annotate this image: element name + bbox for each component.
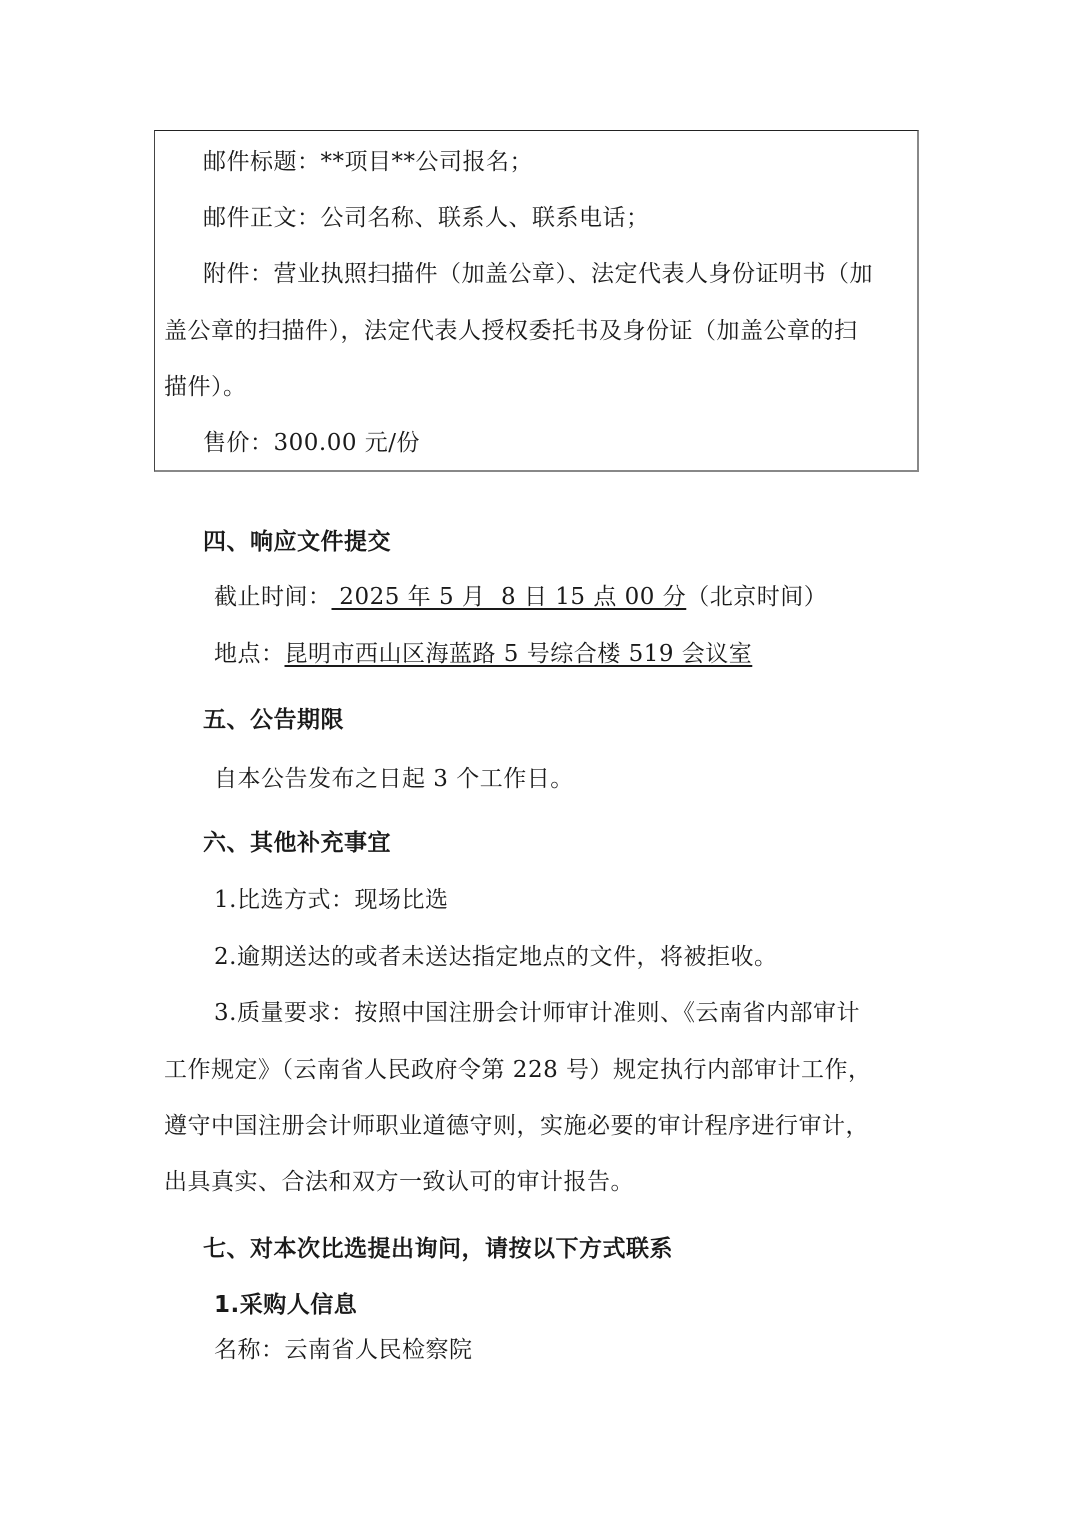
price-line: 售价：300.00 元/份 [203, 428, 420, 458]
section-6-item-3-line-4: 出具真实、合法和双方一致认可的审计报告。 [164, 1167, 634, 1197]
deadline-line: 截止时间： 2025 年 5 月 8 日 15 点 00 分（北京时间） [214, 582, 827, 612]
section-6-item-3-line-3: 遵守中国注册会计师职业道德守则，实施必要的审计程序进行审计， [164, 1111, 869, 1141]
attachment-line-3: 描件）。 [164, 372, 247, 402]
location-value: 昆明市西山区海蓝路 5 号综合楼 519 会议室 [285, 641, 753, 667]
purchaser-name-line: 名称：云南省人民检察院 [214, 1335, 473, 1365]
section-6-item-3-line-1: 3.质量要求：按照中国注册会计师审计准则、《云南省内部审计 [214, 998, 860, 1028]
section-7-heading: 七、对本次比选提出询问，请按以下方式联系 [203, 1234, 673, 1264]
deadline-label: 截止时间： [214, 584, 332, 610]
section-4-heading: 四、响应文件提交 [203, 527, 391, 557]
email-subject-line: 邮件标题：**项目**公司报名； [203, 147, 533, 177]
section-5-heading: 五、公告期限 [203, 705, 344, 735]
section-6-heading: 六、其他补充事宜 [203, 828, 391, 858]
location-label: 地点： [214, 641, 285, 667]
section-6-item-2: 2.逾期送达的或者未送达指定地点的文件，将被拒收。 [214, 942, 777, 972]
attachment-line-2: 盖公章的扫描件），法定代表人授权委托书及身份证（加盖公章的扫 [164, 316, 858, 346]
deadline-suffix: （北京时间） [686, 584, 827, 610]
section-6-item-1: 1.比选方式：现场比选 [214, 885, 448, 915]
purchaser-info-heading: 1.采购人信息 [214, 1290, 357, 1320]
notice-period-text: 自本公告发布之日起 3 个工作日。 [214, 764, 574, 794]
deadline-value: 2025 年 5 月 8 日 15 点 00 分 [332, 584, 687, 610]
email-body-line: 邮件正文：公司名称、联系人、联系电话； [203, 203, 650, 233]
location-line: 地点：昆明市西山区海蓝路 5 号综合楼 519 会议室 [214, 639, 752, 669]
attachment-line-1: 附件：营业执照扫描件（加盖公章）、法定代表人身份证明书（加 [203, 259, 873, 289]
email-info-box [154, 130, 919, 472]
section-6-item-3-line-2: 工作规定》（云南省人民政府令第 228 号）规定执行内部审计工作， [164, 1055, 872, 1085]
